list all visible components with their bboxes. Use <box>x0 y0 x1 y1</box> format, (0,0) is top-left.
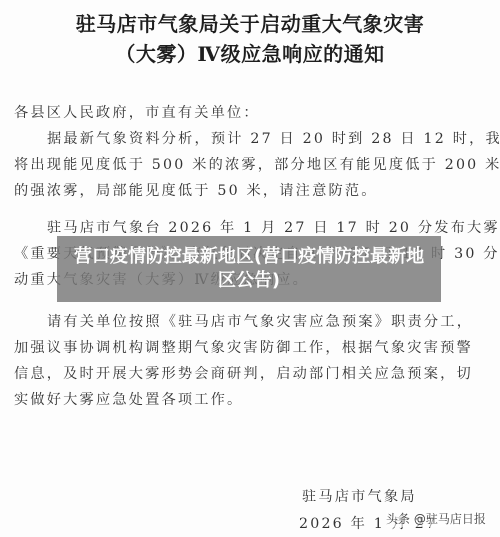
source-watermark: 头条 @驻马店日报 <box>386 510 486 527</box>
paragraph-1-line-2: 将出现能见度低于 500 米的浓雾，部分地区有能见度低于 200 米 <box>14 156 480 174</box>
paragraph-3-line-2: 加强议事协调机构调整期气象灾害防御工作，根据气象灾害预警 <box>14 339 480 357</box>
document-title-line-1: 驻马店市气象局关于启动重大气象灾害 <box>0 8 500 37</box>
addressee: 各县区人民政府，市直有关单位： <box>14 104 480 122</box>
caption-text: 营口疫情防控最新地区(营口疫情防控最新地区公告) <box>57 245 441 293</box>
paragraph-1-line-1: 据最新气象资料分析，预计 27 日 20 时到 28 日 12 时，我市 <box>47 130 500 148</box>
document-title-line-2: （大雾）Ⅳ级应急响应的通知 <box>0 38 500 67</box>
paragraph-3-line-4: 实做好大雾应急处置各项工作。 <box>14 391 480 409</box>
paragraph-3-line-3: 信息，及时开展大雾形势会商研判，启动部门相关应急预案，切 <box>14 365 480 383</box>
paragraph-3-line-1: 请有关单位按照《驻马店市气象灾害应急预案》职责分工， <box>47 313 500 331</box>
signature-organization: 驻马店市气象局 <box>302 486 417 506</box>
caption-overlay: 营口疫情防控最新地区(营口疫情防控最新地区公告) <box>57 236 441 302</box>
paragraph-1-line-3: 的强浓雾，局部能见度低于 50 米，请注意防范。 <box>14 182 480 200</box>
paragraph-2-line-1: 驻马店市气象台 2026 年 1 月 27 日 17 时 20 分发布大雾Ⅳ级 <box>47 219 500 237</box>
